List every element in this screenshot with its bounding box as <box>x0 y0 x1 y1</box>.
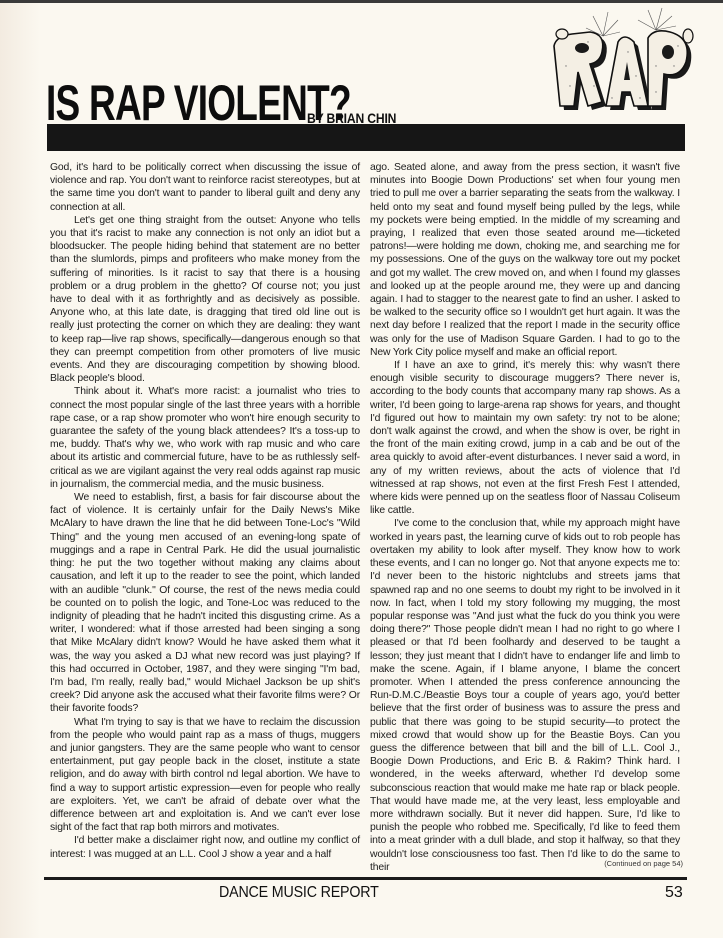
page-top-edge <box>0 0 723 3</box>
title-bar <box>47 124 685 151</box>
article-column-right: ago. Seated alone, and away from the pre… <box>370 161 680 874</box>
page-edge-shadow <box>0 0 40 938</box>
paragraph: I'd better make a disclaimer right now, … <box>50 834 360 860</box>
article-column-left: God, it's hard to be politically correct… <box>50 161 360 861</box>
continued-note: (Continued on page 54) <box>604 859 683 868</box>
paragraph: If I have an axe to grind, it's merely t… <box>370 359 680 517</box>
paragraph: I've come to the conclusion that, while … <box>370 517 680 873</box>
article-headline: IS RAP VIOLENT? <box>46 78 351 128</box>
footer-rule <box>44 877 687 880</box>
paragraph: What I'm trying to say is that we have t… <box>50 716 360 835</box>
paragraph: God, it's hard to be politically correct… <box>50 161 360 214</box>
paragraph: Let's get one thing straight from the ou… <box>50 214 360 386</box>
paragraph: ago. Seated alone, and away from the pre… <box>370 161 680 359</box>
paragraph: Think about it. What's more racist: a jo… <box>50 385 360 491</box>
rap-graffiti-logo-icon <box>548 6 698 116</box>
publication-name: DANCE MUSIC REPORT <box>219 884 379 902</box>
paragraph: We need to establish, first, a basis for… <box>50 491 360 715</box>
page-number: 53 <box>665 884 683 902</box>
